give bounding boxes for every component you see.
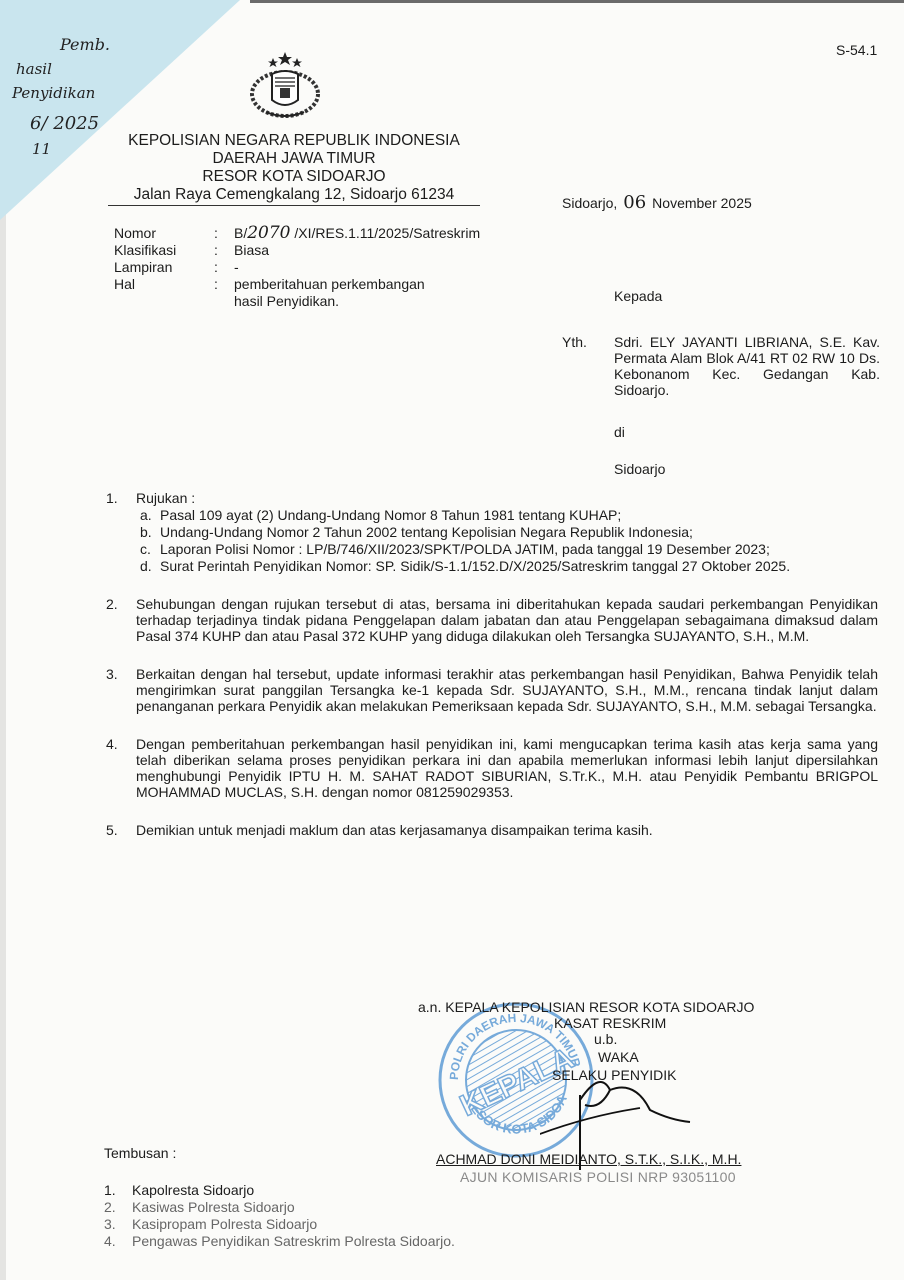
sub-text: Pasal 109 ayat (2) Undang-Undang Nomor 8… <box>160 507 878 523</box>
tembusan-text: Kapolresta Sidoarjo <box>132 1182 254 1199</box>
recipient-city: Sidoarjo <box>614 461 665 478</box>
sign-line3: u.b. <box>594 1030 617 1048</box>
item-text: Berkaitan dengan hal tersebut, update in… <box>136 666 878 714</box>
tembusan-num: 3. <box>104 1216 132 1233</box>
hal-line2: hasil Penyidikan. <box>234 293 534 310</box>
letter-page: Pemb. hasil Penyidikan 6/ 2025 11 S-54.1… <box>0 0 904 1280</box>
police-crest-icon <box>246 50 324 120</box>
nomor-suffix: /XI/RES.1.11/2025/Satreskrim <box>294 225 480 241</box>
letterhead-line3: RESOR KOTA SIDOARJO <box>108 168 480 186</box>
meta-colon: : <box>214 225 234 242</box>
sub-letter: c. <box>140 541 160 557</box>
tembusan-title: Tembusan : <box>104 1145 455 1162</box>
recipient-di: di <box>614 424 625 441</box>
tembusan-item: 1. Kapolresta Sidoarjo <box>104 1182 455 1199</box>
handwritten-signature-icon <box>540 1060 740 1170</box>
item-text: Sehubungan dengan rujukan tersebut di at… <box>136 596 878 644</box>
sub-letter: d. <box>140 558 160 574</box>
signatory-rank: AJUN KOMISARIS POLISI NRP 93051100 <box>460 1168 736 1186</box>
body-item: 4. Dengan pemberitahuan perkembangan has… <box>106 736 878 800</box>
sub-letter: b. <box>140 524 160 540</box>
item-number: 5. <box>106 822 136 838</box>
item-number: 3. <box>106 666 136 714</box>
sub-item: a. Pasal 109 ayat (2) Undang-Undang Nomo… <box>136 507 878 523</box>
letterhead-address: Jalan Raya Cemengkalang 12, Sidoarjo 612… <box>108 186 480 206</box>
meta-colon: : <box>214 276 234 310</box>
sticky-note-line: Pemb. <box>60 37 110 53</box>
tembusan-num: 2. <box>104 1199 132 1216</box>
meta-row-lampiran: Lampiran : - <box>114 259 534 276</box>
sticky-note-line: Penyidikan <box>12 86 95 101</box>
scan-edge <box>250 0 904 3</box>
letterhead-line2: DAERAH JAWA TIMUR <box>108 150 480 168</box>
item-text: Rujukan : <box>136 490 878 506</box>
sticky-note-line: 11 <box>32 142 51 157</box>
tembusan-text: Kasiwas Polresta Sidoarjo <box>132 1199 295 1216</box>
meta-value-hal: pemberitahuan perkembangan hasil Penyidi… <box>234 276 534 310</box>
nomor-handwritten: 2070 <box>247 223 290 243</box>
meta-label: Lampiran <box>114 259 214 276</box>
letterhead-line1: KEPOLISIAN NEGARA REPUBLIK INDONESIA <box>108 132 480 150</box>
letter-meta: Nomor : B/2070 /XI/RES.1.11/2025/Satresk… <box>114 225 534 310</box>
body-item: 1. Rujukan : a. Pasal 109 ayat (2) Undan… <box>106 490 878 574</box>
meta-row-hal: Hal : pemberitahuan perkembangan hasil P… <box>114 276 534 310</box>
recipient-yth: Yth. <box>562 334 587 351</box>
sub-text: Undang-Undang Nomor 2 Tahun 2002 tentang… <box>160 524 878 540</box>
date-month-year: November 2025 <box>652 195 752 211</box>
sub-item: c. Laporan Polisi Nomor : LP/B/746/XII/2… <box>136 541 878 557</box>
tembusan-num: 4. <box>104 1233 132 1250</box>
tembusan-num: 1. <box>104 1182 132 1199</box>
letter-body: 1. Rujukan : a. Pasal 109 ayat (2) Undan… <box>106 490 878 852</box>
body-item: 5. Demikian untuk menjadi maklum dan ata… <box>106 822 878 838</box>
sub-item: d. Surat Perintah Penyidikan Nomor: SP. … <box>136 558 878 574</box>
body-item: 2. Sehubungan dengan rujukan tersebut di… <box>106 596 878 644</box>
letterhead: KEPOLISIAN NEGARA REPUBLIK INDONESIA DAE… <box>108 132 480 206</box>
item-number: 1. <box>106 490 136 574</box>
tembusan-item: 4. Pengawas Penyidikan Satreskrim Polres… <box>104 1233 455 1250</box>
sub-letter: a. <box>140 507 160 523</box>
sub-item: b. Undang-Undang Nomor 2 Tahun 2002 tent… <box>136 524 878 540</box>
sticky-note-line: hasil <box>16 62 52 77</box>
sub-text: Laporan Polisi Nomor : LP/B/746/XII/2023… <box>160 541 878 557</box>
item-number: 2. <box>106 596 136 644</box>
form-code: S-54.1 <box>836 42 877 58</box>
meta-colon: : <box>214 259 234 276</box>
item-text: Demikian untuk menjadi maklum dan atas k… <box>136 822 878 838</box>
meta-row-nomor: Nomor : B/2070 /XI/RES.1.11/2025/Satresk… <box>114 225 534 242</box>
tembusan-item: 3. Kasipropam Polresta Sidoarjo <box>104 1216 455 1233</box>
item-number: 4. <box>106 736 136 800</box>
sub-text: Surat Perintah Penyidikan Nomor: SP. Sid… <box>160 558 878 574</box>
tembusan-text: Pengawas Penyidikan Satreskrim Polresta … <box>132 1233 455 1250</box>
meta-value-nomor: B/2070 /XI/RES.1.11/2025/Satreskrim <box>234 225 534 242</box>
meta-label: Nomor <box>114 225 214 242</box>
meta-row-klasifikasi: Klasifikasi : Biasa <box>114 242 534 259</box>
item-content: Rujukan : a. Pasal 109 ayat (2) Undang-U… <box>136 490 878 574</box>
tembusan-text: Kasipropam Polresta Sidoarjo <box>132 1216 317 1233</box>
item-text: Dengan pemberitahuan perkembangan hasil … <box>136 736 878 800</box>
recipient-address: Sdri. ELY JAYANTI LIBRIANA, S.E. Kav. Pe… <box>614 334 880 398</box>
meta-label: Klasifikasi <box>114 242 214 259</box>
recipient-kepada: Kepada <box>614 288 662 305</box>
date-day-handwritten: 06 <box>623 192 646 213</box>
tembusan-item: 2. Kasiwas Polresta Sidoarjo <box>104 1199 455 1216</box>
tembusan-block: Tembusan : 1. Kapolresta Sidoarjo 2. Kas… <box>104 1145 455 1250</box>
sticky-note-line: 6/ 2025 <box>30 115 99 133</box>
body-item: 3. Berkaitan dengan hal tersebut, update… <box>106 666 878 714</box>
meta-value-klasifikasi: Biasa <box>234 242 534 259</box>
letter-date: Sidoarjo,06November 2025 <box>562 192 752 213</box>
meta-colon: : <box>214 242 234 259</box>
meta-value-lampiran: - <box>234 259 534 276</box>
nomor-prefix: B/ <box>234 225 247 241</box>
date-city: Sidoarjo, <box>562 195 617 211</box>
hal-line1: pemberitahuan perkembangan <box>234 276 534 293</box>
meta-label: Hal <box>114 276 214 310</box>
